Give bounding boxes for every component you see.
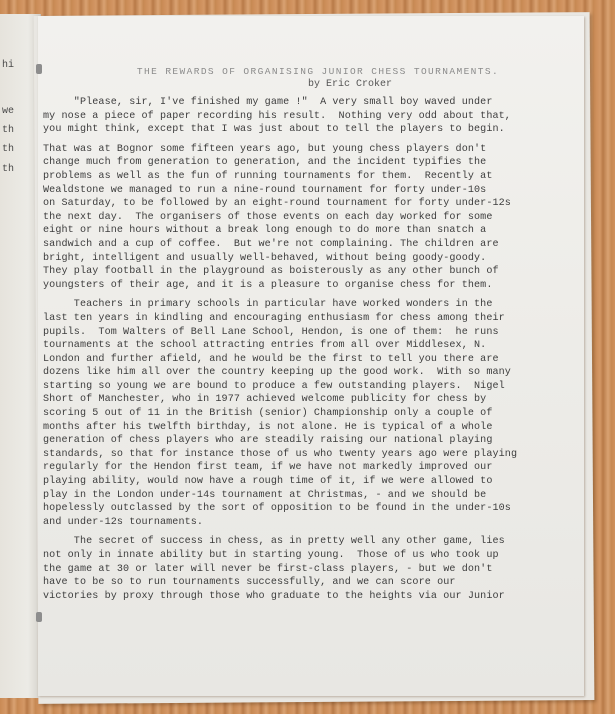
text-line: hopelessly outclassed by the sort of opp… xyxy=(43,502,563,516)
typewritten-page: THE REWARDS OF ORGANISING JUNIOR CHESS T… xyxy=(38,16,584,696)
text-line: Wealdstone we managed to run a nine-roun… xyxy=(43,184,563,198)
text-line: the next day. The organisers of those ev… xyxy=(43,211,563,225)
text-line: the game at 30 or later will never be fi… xyxy=(43,563,563,577)
text-line: victories by proxy through those who gra… xyxy=(43,590,563,604)
text-line: Short of Manchester, who in 1977 achieve… xyxy=(43,393,563,407)
text-line: youngsters of their age, and it is a ple… xyxy=(43,279,563,293)
staple-icon xyxy=(36,64,42,74)
document-body: "Please, sir, I've finished my game !" A… xyxy=(43,96,563,603)
underlying-text-fragment: hi xyxy=(2,60,14,71)
paragraph: The secret of success in chess, as in pr… xyxy=(43,535,563,603)
text-line: months after his twelfth birthday, is no… xyxy=(43,421,563,435)
document-byline: by Eric Croker xyxy=(308,79,563,90)
text-line: playing ability, would now have a rough … xyxy=(43,475,563,489)
underlying-text-fragment: th xyxy=(2,164,14,175)
underlying-text-fragment: we xyxy=(2,106,14,117)
page-content: THE REWARDS OF ORGANISING JUNIOR CHESS T… xyxy=(43,66,563,603)
text-line: my nose a piece of paper recording his r… xyxy=(43,110,563,124)
text-line: starting so young we are bound to produc… xyxy=(43,380,563,394)
underlying-text-fragment: th xyxy=(2,125,14,136)
text-line: The secret of success in chess, as in pr… xyxy=(43,535,563,549)
paragraph: That was at Bognor some fifteen years ag… xyxy=(43,143,563,293)
text-line: eight or nine hours without a break long… xyxy=(43,224,563,238)
text-line: That was at Bognor some fifteen years ag… xyxy=(43,143,563,157)
underlying-text-fragment: th xyxy=(2,144,14,155)
text-line: generation of chess players who are stea… xyxy=(43,434,563,448)
text-line: standards, so that for instance those of… xyxy=(43,448,563,462)
text-line: They play football in the playground as … xyxy=(43,265,563,279)
text-line: not only in innate ability but in starti… xyxy=(43,549,563,563)
staple-icon xyxy=(36,612,42,622)
text-line: have to be so to run tournaments success… xyxy=(43,576,563,590)
text-line: Teachers in primary schools in particula… xyxy=(43,298,563,312)
text-line: you might think, except that I was just … xyxy=(43,123,563,137)
text-line: bright, intelligent and usually well-beh… xyxy=(43,252,563,266)
text-line: London and further afield, and he would … xyxy=(43,353,563,367)
text-line: scoring 5 out of 11 in the British (seni… xyxy=(43,407,563,421)
text-line: play in the London under-14s tournament … xyxy=(43,489,563,503)
text-line: and under-12s tournaments. xyxy=(43,516,563,530)
text-line: sandwich and a cup of coffee. But we're … xyxy=(43,238,563,252)
text-line: problems as well as the fun of running t… xyxy=(43,170,563,184)
paragraph: Teachers in primary schools in particula… xyxy=(43,298,563,529)
text-line: on Saturday, to be followed by an eight-… xyxy=(43,197,563,211)
text-line: tournaments at the school attracting ent… xyxy=(43,339,563,353)
text-line: change much from generation to generatio… xyxy=(43,156,563,170)
text-line: pupils. Tom Walters of Bell Lane School,… xyxy=(43,326,563,340)
text-line: regularly for the Hendon first team, if … xyxy=(43,461,563,475)
text-line: "Please, sir, I've finished my game !" A… xyxy=(43,96,563,110)
document-title: THE REWARDS OF ORGANISING JUNIOR CHESS T… xyxy=(83,66,553,77)
text-line: dozens like him all over the country kee… xyxy=(43,366,563,380)
text-line: last ten years in kindling and encouragi… xyxy=(43,312,563,326)
paragraph: "Please, sir, I've finished my game !" A… xyxy=(43,96,563,137)
